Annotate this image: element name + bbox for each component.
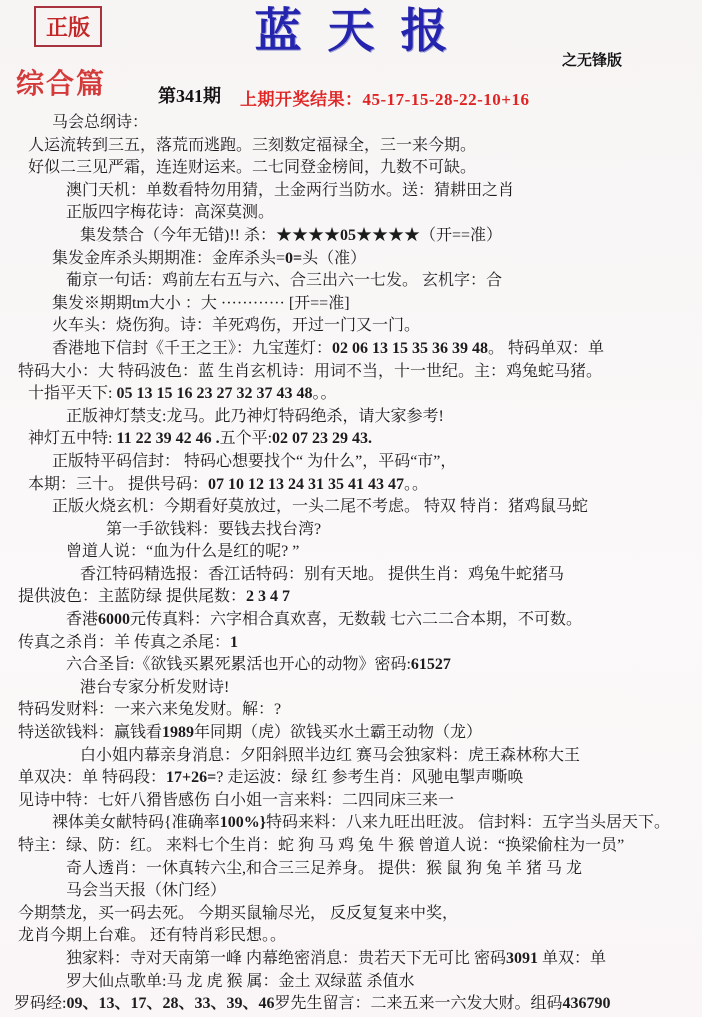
result-numbers: 45-17-15-28-22-10+16 bbox=[363, 90, 530, 109]
section-label: 综合篇 bbox=[16, 62, 106, 102]
text-line: 白小姐内幕亲身消息：夕阳斜照半边红 赛马会独家料：虎王森林称大王 bbox=[14, 745, 698, 768]
text-line: 十指平天下: 05 13 15 16 23 27 32 37 43 48。。 bbox=[14, 383, 698, 406]
text-line: 见诗中特：七奸八猾皆感伤 白小姐一言来料：二四同床三来一 bbox=[14, 790, 698, 813]
text-line: 罗大仙点歌单:马 龙 虎 猴 属：金土 双绿蓝 杀值水 bbox=[14, 971, 698, 994]
text-line: 神灯五中特: 11 22 39 42 46 .五个平:02 07 23 29 4… bbox=[14, 428, 698, 451]
text-line: 正版四字梅花诗：高深莫测。 bbox=[14, 202, 698, 225]
text-line: 传真之杀肖：羊 传真之杀尾：1 bbox=[14, 632, 698, 655]
text-line: 正版火烧玄机：今期看好莫放过，一头二尾不考虑。 特双 特肖：猪鸡鼠马蛇 bbox=[14, 496, 698, 519]
text-line: 独家料：寺对天南第一峰 内幕绝密消息：贵若天下无可比 密码3091 单双：单 bbox=[14, 948, 698, 971]
text-line: 集发※期期tm大小 ：大 ············ [开==准] bbox=[14, 293, 698, 316]
report-header: 正版 蓝天报 之无锋版 综合篇 第341期 上期开奖结果：45-17-15-28… bbox=[0, 0, 702, 112]
text-line: 正版特平码信封： 特码心想要找个“ 为什么”，平码“市”， bbox=[14, 451, 698, 474]
text-line: 特送欲钱料：赢钱看1989年同期（虎）欲钱买水土霸王动物（龙） bbox=[14, 722, 698, 745]
text-line: 特码大小：大 特码波色：蓝 生肖玄机诗：用词不当，十一世纪。主：鸡兔蛇马猪。 bbox=[14, 361, 698, 384]
text-line: 特码发财料：一来六来兔发财。解：? bbox=[14, 699, 698, 722]
text-line: 人运流转到三五，落荒而逃跑。三刻数定福禄全，三一来今期。 bbox=[14, 135, 698, 158]
text-line: 罗码经:09、13、17、28、33、39、46罗先生留言：二来五来一六发大财。… bbox=[14, 993, 698, 1016]
text-line: 马会当天报（休门经） bbox=[14, 880, 698, 903]
issue-number: 第341期 bbox=[158, 82, 221, 108]
text-line: 今期禁龙，买一码去死。 今期买鼠输尽光， 反反复复来中奖， bbox=[14, 903, 698, 926]
result-label: 上期开奖结果： bbox=[240, 90, 363, 109]
text-line: 第一手欲钱料：要钱去找台湾? bbox=[14, 519, 698, 542]
text-line: 好似二三见严霜，连连财运来。二七同登金榜间，九数不可缺。 bbox=[14, 157, 698, 180]
text-line: 本期：三十。 提供号码：07 10 12 13 24 31 35 41 43 4… bbox=[14, 474, 698, 497]
text-line: 裸体美女献特码{准确率100%}特码来料：八来九旺出旺波。 信封料：五字当头居天… bbox=[14, 812, 698, 835]
previous-draw-result: 上期开奖结果：45-17-15-28-22-10+16 bbox=[240, 85, 530, 110]
text-line: 集发金库杀头期期准：金库杀头=0=头（准） bbox=[14, 248, 698, 271]
text-line: 香江特码精选报：香江话特码：别有天地。 提供生肖：鸡兔牛蛇猪马 bbox=[14, 564, 698, 587]
edition-label: 之无锋版 bbox=[562, 49, 622, 70]
text-line: 香港地下信封《千王之王》：九宝莲灯：02 06 13 15 35 36 39 4… bbox=[14, 338, 698, 361]
text-line: 六合圣旨:《欲钱买累死累活也开心的动物》密码:61527 bbox=[14, 654, 698, 677]
text-line: 葡京一句话：鸡前左右五与六、合三出六一七发。 玄机字：合 bbox=[14, 270, 698, 293]
text-line: 提供波色：主蓝防绿 提供尾数：2 3 4 7 bbox=[14, 586, 698, 609]
text-line: 马会总纲诗： bbox=[14, 112, 698, 135]
text-line: 火车头：烧伤狗。诗：羊死鸡伤，开过一门又一门。 bbox=[14, 315, 698, 338]
text-line: 澳门天机：单数看特勿用猜，土金两行当防水。送：猜耕田之肖 bbox=[14, 180, 698, 203]
text-line: 港台专家分析发财诗! bbox=[14, 677, 698, 700]
text-line: 单双决：单 特码段：17+26=? 走运波：绿 红 参考生肖：风驰电掣声嘶唤 bbox=[14, 767, 698, 790]
content-lines: 马会总纲诗：人运流转到三五，落荒而逃跑。三刻数定福禄全，三一来今期。好似二三见严… bbox=[14, 112, 698, 1016]
text-line: 正版神灯禁支:龙马。此乃神灯特码绝杀，请大家参考! bbox=[14, 406, 698, 429]
text-line: 曾道人说：“血为什么是红的呢? ” bbox=[14, 541, 698, 564]
text-line: 特主：绿、防：红。 来料七个生肖：蛇 狗 马 鸡 兔 牛 猴 曾道人说：“换梁偷… bbox=[14, 835, 698, 858]
text-line: 龙肖今期上台难。 还有特肖彩民想。。 bbox=[14, 925, 698, 948]
text-line: 集发禁合（今年无错)!! 杀：★★★★05★★★★（开==准） bbox=[14, 225, 698, 248]
text-line: 奇人透肖：一休真转六尘,和合三三足养身。 提供：猴 鼠 狗 兔 羊 猪 马 龙 bbox=[14, 858, 698, 881]
text-line: 香港6000元传真料：六字相合真欢喜，无数载 七六二二合本期，不可数。 bbox=[14, 609, 698, 632]
